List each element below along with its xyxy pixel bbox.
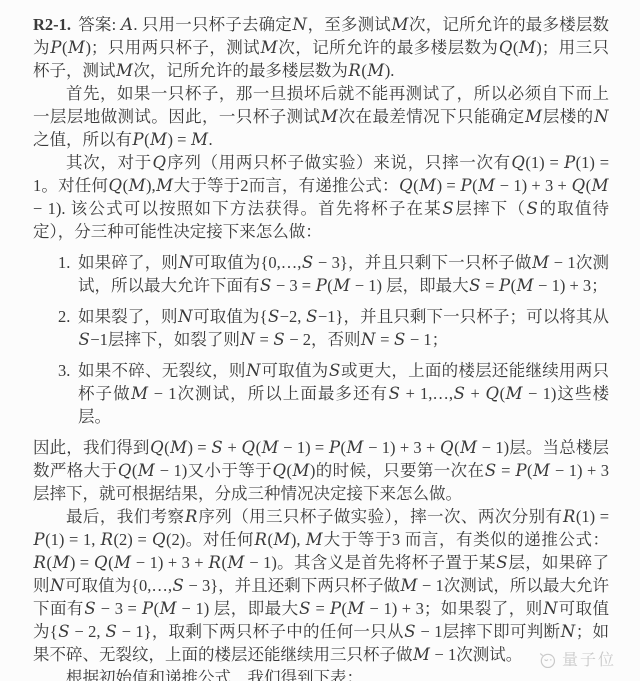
paragraph: 最后，我们考察R序列（用三只杯子做实验），摔一次、两次分别有R(1) = P(1… — [33, 505, 609, 666]
list-item-number: 3. — [58, 359, 70, 382]
paragraph: 其次，对于Q序列（用两只杯子做实验）来说，只摔一次有Q(1) = P(1) = … — [33, 151, 609, 243]
list-item: 2.如果裂了，则N可取值为{S−2, S−1}，并且只剩下一只杯子；可以将其从S… — [33, 305, 609, 351]
list-item-text: 如果不碎、无裂纹，则N可取值为S或更大，上面的楼层还能继续用两只杯子做M − 1… — [78, 361, 609, 426]
paragraph: 因此，我们得到Q(M) = S + Q(M − 1) = P(M − 1) + … — [33, 436, 609, 505]
qbitai-logo-icon — [538, 651, 557, 670]
list-item-number: 2. — [58, 305, 70, 328]
watermark-label: 量子位 — [562, 649, 616, 672]
list-item-number: 1. — [58, 251, 70, 274]
list-item-text: 如果裂了，则N可取值为{S−2, S−1}，并且只剩下一只杯子；可以将其从S−1… — [78, 307, 609, 349]
document-body: R2-1.答案: A. 只用一只杯子去确定N，至多测试M次，记所允许的最多楼层数… — [33, 13, 609, 681]
list-item-text: 如果碎了，则N可取值为{0,…,S − 3}，并且只剩下一只杯子做M − 1次测… — [78, 253, 609, 295]
problem-label: R2-1. — [33, 15, 71, 34]
paragraph: 根据初始值和递推公式，我们得到下表： — [33, 666, 609, 681]
list-item: 3.如果不碎、无裂纹，则N可取值为S或更大，上面的楼层还能继续用两只杯子做M −… — [33, 359, 609, 428]
paragraph: R2-1.答案: A. 只用一只杯子去确定N，至多测试M次，记所允许的最多楼层数… — [33, 13, 609, 82]
paragraph: 首先，如果一只杯子，那一旦损坏后就不能再测试了，所以必须自下而上一层层地做测试。… — [33, 82, 609, 151]
watermark: 量子位 — [538, 649, 616, 672]
document-page: R2-1.答案: A. 只用一只杯子去确定N，至多测试M次，记所允许的最多楼层数… — [0, 0, 640, 681]
list-item: 1.如果碎了，则N可取值为{0,…,S − 3}，并且只剩下一只杯子做M − 1… — [33, 251, 609, 297]
